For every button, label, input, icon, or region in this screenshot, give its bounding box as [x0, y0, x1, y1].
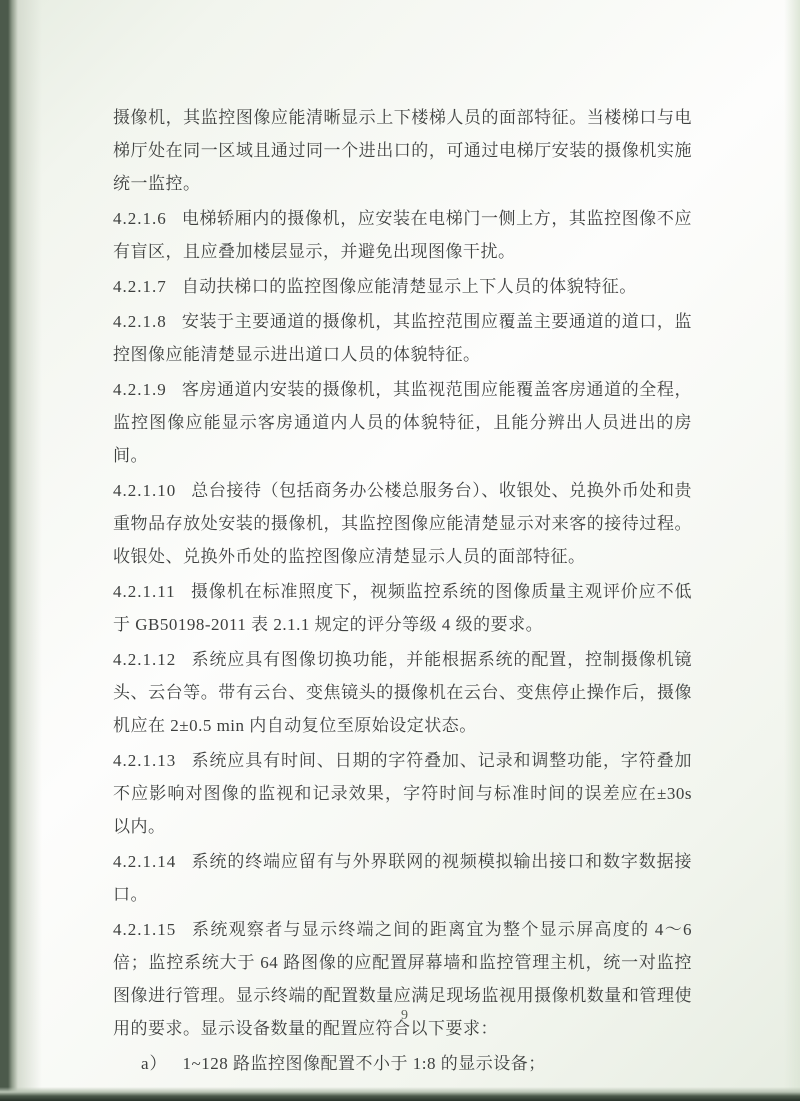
paragraph: 4.2.1.12系统应具有图像切换功能，并能根据系统的配置，控制摄像机镜头、云台…	[113, 643, 692, 742]
clause-number: 4.2.1.8	[113, 312, 167, 331]
clause-number: a）	[141, 1054, 168, 1073]
clause-text: 系统的终端应留有与外界联网的视频模拟输出接口和数字数据接口。	[113, 852, 692, 904]
scanned-page: 摄像机，其监控图像应能清晰显示上下楼梯人员的面部特征。当楼梯口与电梯厅处在同一区…	[0, 0, 800, 1101]
clause-text: 总台接待（包括商务办公楼总服务台）、收银处、兑换外币处和贵重物品存放处安装的摄像…	[113, 481, 692, 566]
clause-text: 自动扶梯口的监控图像应能清楚显示上下人员的体貌特征。	[182, 277, 637, 296]
paragraph: 4.2.1.7自动扶梯口的监控图像应能清楚显示上下人员的体貌特征。	[113, 270, 692, 303]
clause-number: 4.2.1.7	[113, 277, 167, 296]
paragraph: 摄像机，其监控图像应能清晰显示上下楼梯人员的面部特征。当楼梯口与电梯厅处在同一区…	[113, 101, 692, 200]
clause-text: 1~128 路监控图像配置不小于 1:8 的显示设备；	[183, 1054, 546, 1073]
clause-text: 系统应具有时间、日期的字符叠加、记录和调整功能，字符叠加不应影响对图像的监视和记…	[113, 751, 692, 836]
paragraph: 4.2.1.8安装于主要通道的摄像机，其监控范围应覆盖主要通道的道口，监控图像应…	[113, 305, 692, 371]
document-body: 摄像机，其监控图像应能清晰显示上下楼梯人员的面部特征。当楼梯口与电梯厅处在同一区…	[113, 101, 692, 1082]
clause-number: 4.2.1.14	[113, 852, 176, 871]
clause-number: 4.2.1.10	[113, 481, 176, 500]
clause-text: 安装于主要通道的摄像机，其监控范围应覆盖主要通道的道口，监控图像应能清楚显示进出…	[113, 312, 692, 364]
clause-number: 4.2.1.9	[113, 380, 167, 399]
clause-number: 4.2.1.11	[113, 582, 176, 601]
paragraph: a）1~128 路监控图像配置不小于 1:8 的显示设备；	[113, 1047, 692, 1080]
paragraph: 4.2.1.6电梯轿厢内的摄像机，应安装在电梯门一侧上方，其监控图像不应有盲区，…	[113, 202, 692, 268]
page-number: 9	[0, 1008, 800, 1024]
clause-text: 客房通道内安装的摄像机，其监视范围应能覆盖客房通道的全程，监控图像应能显示客房通…	[113, 380, 692, 465]
clause-text: 电梯轿厢内的摄像机，应安装在电梯门一侧上方，其监控图像不应有盲区，且应叠加楼层显…	[113, 209, 692, 261]
clause-text: 摄像机在标准照度下，视频监控系统的图像质量主观评价应不低于 GB50198-20…	[113, 582, 692, 634]
paragraph: 4.2.1.11摄像机在标准照度下，视频监控系统的图像质量主观评价应不低于 GB…	[113, 575, 692, 641]
clause-number: 4.2.1.13	[113, 751, 176, 770]
clause-number: 4.2.1.15	[113, 920, 176, 939]
paragraph: 4.2.1.14系统的终端应留有与外界联网的视频模拟输出接口和数字数据接口。	[113, 845, 692, 911]
clause-text: 摄像机，其监控图像应能清晰显示上下楼梯人员的面部特征。当楼梯口与电梯厅处在同一区…	[113, 108, 692, 193]
clause-number: 4.2.1.12	[113, 650, 176, 669]
paragraph: 4.2.1.13系统应具有时间、日期的字符叠加、记录和调整功能，字符叠加不应影响…	[113, 744, 692, 843]
page-gutter-left-edge	[0, 0, 42, 1101]
clause-number: 4.2.1.6	[113, 209, 167, 228]
paragraph: 4.2.1.9客房通道内安装的摄像机，其监视范围应能覆盖客房通道的全程，监控图像…	[113, 373, 692, 472]
paragraph: 4.2.1.10总台接待（包括商务办公楼总服务台）、收银处、兑换外币处和贵重物品…	[113, 474, 692, 573]
paragraph: 4.2.1.15系统观察者与显示终端之间的距离宜为整个显示屏高度的 4～6 倍；…	[113, 913, 692, 1045]
clause-text: 系统应具有图像切换功能，并能根据系统的配置，控制摄像机镜头、云台等。带有云台、变…	[113, 650, 692, 735]
page-right-edge	[784, 0, 800, 1101]
page-bottom-edge	[0, 1087, 800, 1101]
